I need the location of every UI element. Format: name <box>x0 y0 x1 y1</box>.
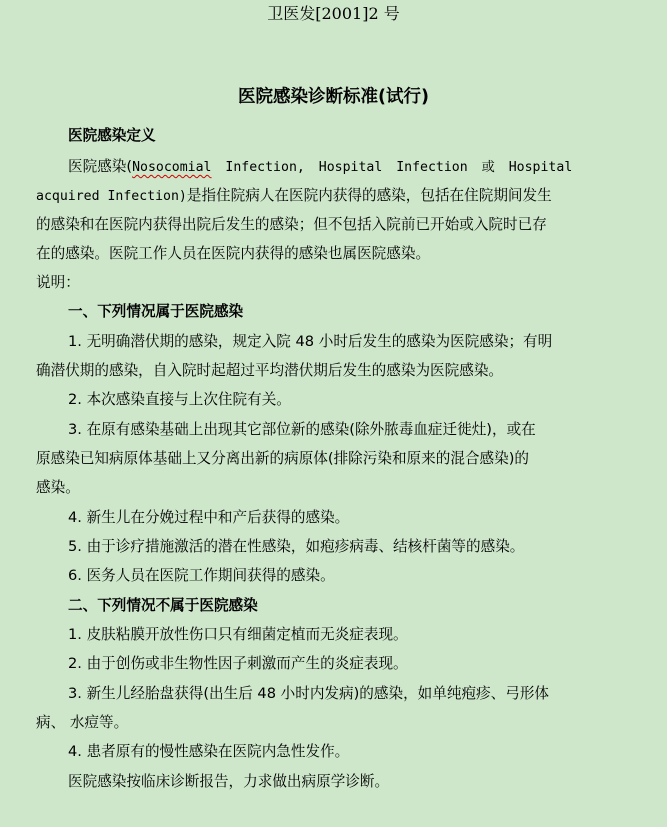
section-1-item-3-cont2: 感染。 <box>36 478 80 498</box>
section-2-item-3: 3. 新生儿经胎盘获得(出生后 48 小时内发病)的感染，如单纯疱疹、弓形体 <box>68 684 549 704</box>
section-1-item-3: 3. 在原有感染基础上出现其它部位新的感染(除外脓毒血症迁徙灶)，或在 <box>68 420 536 440</box>
document-number: 卫医发[2001]2 号 <box>0 4 667 24</box>
section-1-heading: 一、下列情况属于医院感染 <box>68 302 243 322</box>
section-2-item-2: 2. 由于创伤或非生物性因子刺激而产生的炎症表现。 <box>68 654 408 674</box>
closing-paragraph: 医院感染按临床诊断报告，力求做出病原学诊断。 <box>68 772 389 792</box>
definition-line-2: acquired Infection)是指住院病人在医院内获得的感染，包括在住院… <box>36 186 552 207</box>
section-1-item-1: 1. 无明确潜伏期的感染，规定入院 48 小时后发生的感染为医院感染；有明 <box>68 332 552 352</box>
section-1-item-2: 2. 本次感染直接与上次住院有关。 <box>68 390 291 410</box>
section-1-item-4: 4. 新生儿在分娩过程中和产后获得的感染。 <box>68 508 349 528</box>
definition-line-1: 医院感染(Nosocomial Infection, Hospital Infe… <box>68 157 572 178</box>
misspelled-word: Nosocomial <box>132 160 211 175</box>
section-1-item-1-cont: 确潜伏期的感染，自入院时起超过平均潜伏期后发生的感染为医院感染。 <box>36 361 503 381</box>
definition-prefix: 医院感染( <box>68 158 132 175</box>
section-2-item-1: 1. 皮肤粘膜开放性伤口只有细菌定植而无炎症表现。 <box>68 625 408 645</box>
document-page: 卫医发[2001]2 号 医院感染诊断标准(试行) 医院感染定义 医院感染(No… <box>0 0 667 827</box>
definition-heading: 医院感染定义 <box>68 126 156 146</box>
definition-latin-rest: Infection, Hospital Infection 或 Hospital <box>211 160 572 175</box>
section-2-heading: 二、下列情况不属于医院感染 <box>68 596 258 616</box>
definition-latin: acquired Infection) <box>36 189 187 204</box>
section-2-item-4: 4. 患者原有的慢性感染在医院内急性发作。 <box>68 742 349 762</box>
definition-line-4: 在的感染。医院工作人员在医院内获得的感染也属医院感染。 <box>36 244 430 264</box>
document-title: 医院感染诊断标准(试行) <box>0 87 667 107</box>
definition-cn: 是指住院病人在医院内获得的感染，包括在住院期间发生 <box>187 187 552 204</box>
note-label: 说明： <box>36 273 80 293</box>
definition-line-3: 的感染和在医院内获得出院后发生的感染；但不包括入院前已开始或入院时已存 <box>36 215 547 235</box>
section-2-item-3-cont: 病、 水痘等。 <box>36 713 128 733</box>
section-1-item-5: 5. 由于诊疗措施激活的潜在性感染，如疱疹病毒、结核杆菌等的感染。 <box>68 537 524 557</box>
section-1-item-3-cont: 原感染已知病原体基础上又分离出新的病原体(排除污染和原来的混合感染)的 <box>36 449 529 469</box>
section-1-item-6: 6. 医务人员在医院工作期间获得的感染。 <box>68 566 335 586</box>
